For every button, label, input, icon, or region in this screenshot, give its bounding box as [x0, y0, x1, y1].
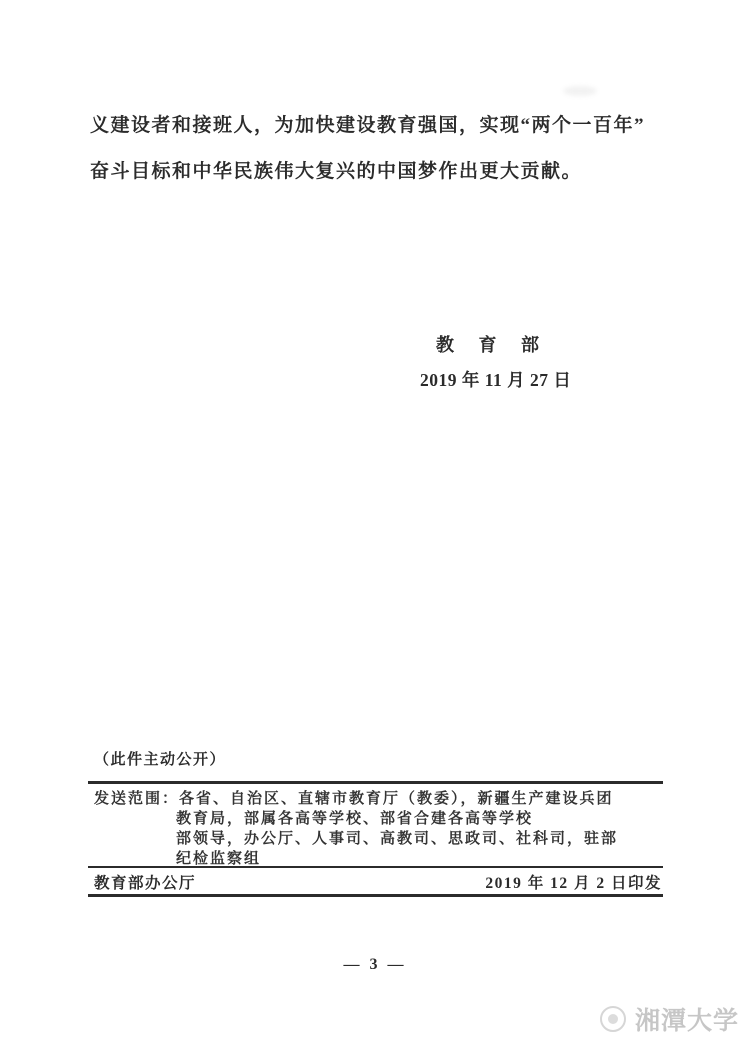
distribution-line-4: 纪检监察组	[176, 847, 261, 868]
print-date: 2019 年 12 月 2 日印发	[485, 871, 662, 893]
body-line-1: 义建设者和接班人，为加快建设教育强国，实现“两个一百年”	[90, 103, 674, 149]
watermark-text: 湘潭大学	[635, 1001, 739, 1037]
distribution-line-2: 教育局，部属各高等学校、部省合建各高等学校	[176, 807, 533, 828]
university-logo-icon	[600, 1006, 626, 1032]
signature-date: 2019 年 11 月 27 日	[420, 367, 571, 392]
issuer-top-rule	[88, 866, 663, 868]
distribution-label: 发送范围：	[94, 791, 179, 807]
distribution-recipients-1: 各省、自治区、直辖市教育厅（教委），新疆生产建设兵团	[179, 791, 614, 807]
watermark: 湘潭大学	[600, 1001, 739, 1037]
document-page: 义建设者和接班人，为加快建设教育强国，实现“两个一百年” 奋斗目标和中华民族伟大…	[0, 0, 750, 1055]
signature-authority: 教 育 部	[436, 331, 549, 357]
distribution-line-1: 发送范围：各省、自治区、直辖市教育厅（教委），新疆生产建设兵团	[94, 787, 614, 808]
distribution-line-3: 部领导，办公厅、人事司、高教司、思政司、社科司，驻部	[176, 827, 618, 848]
public-disclosure-note: （此件主动公开）	[94, 748, 226, 769]
body-line-2: 奋斗目标和中华民族伟大复兴的中国梦作出更大贡献。	[90, 149, 674, 195]
distribution-top-rule	[88, 781, 663, 784]
scan-smudge-artifact	[563, 86, 597, 96]
body-paragraph: 义建设者和接班人，为加快建设教育强国，实现“两个一百年” 奋斗目标和中华民族伟大…	[90, 103, 674, 195]
issuer-row: 教育部办公厅 2019 年 12 月 2 日印发	[94, 871, 662, 893]
issuer-bottom-rule	[88, 894, 663, 897]
issuer-office: 教育部办公厅	[94, 871, 196, 893]
page-number: — 3 —	[0, 956, 750, 974]
